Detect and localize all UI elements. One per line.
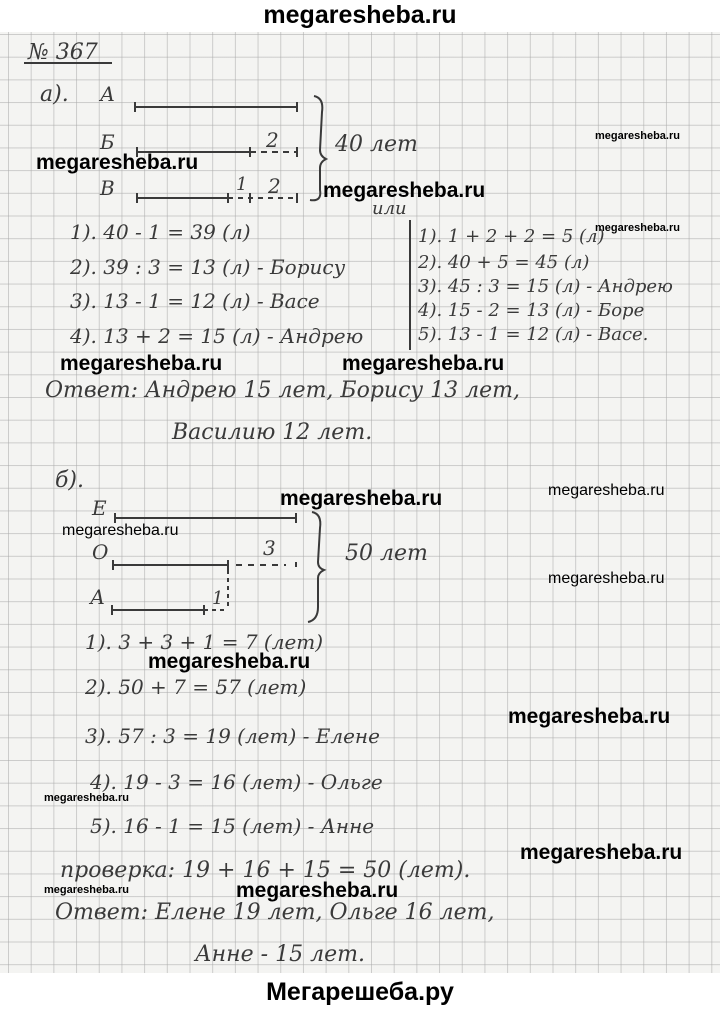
answer-a-line2: Василию 12 лет. [172, 420, 372, 445]
watermark: megaresheba.ru [280, 487, 442, 511]
watermark: megaresheba.ru [323, 179, 485, 203]
method1-step: 3). 13 - 1 = 12 (л) - Васе [70, 289, 320, 313]
part-b-label: б). [55, 468, 84, 493]
part-b-step: 2). 50 + 7 = 57 (лет) [85, 675, 306, 699]
diagram-b-row-label: О [92, 540, 108, 564]
watermark: megaresheba.ru [44, 792, 129, 804]
watermark: megaresheba.ru [520, 841, 682, 865]
watermark: megaresheba.ru [62, 522, 179, 540]
diagram-b-dash-label: 3 [263, 536, 276, 560]
answer-a-line1: Ответ: Андрею 15 лет, Борису 13 лет, [45, 378, 520, 403]
watermark: megaresheba.ru [148, 650, 310, 674]
method2-step: 1). 1 + 2 + 2 = 5 (л) [418, 226, 605, 247]
diagram-b-dash-label: 1 [212, 588, 223, 609]
method-divider [409, 220, 411, 350]
diagram-b-row-label: А [90, 585, 105, 609]
watermark: megaresheba.ru [60, 352, 222, 376]
part-b-step: 5). 16 - 1 = 15 (лет) - Анне [90, 814, 374, 838]
answer-b-line1: Ответ: Елене 19 лет, Ольге 16 лет, [55, 900, 494, 925]
site-footer: Мегарешеба.ру [0, 973, 720, 1011]
site-header: megaresheba.ru [0, 0, 720, 32]
notebook-page: № 367 а). А Б В 2 1 2 40 лет или [0, 32, 720, 973]
method2-step: 4). 15 - 2 = 13 (л) - Боре [418, 300, 644, 321]
watermark: megaresheba.ru [548, 570, 665, 588]
method1-step: 2). 39 : 3 = 13 (л) - Борису [70, 255, 345, 279]
method2-step: 2). 40 + 5 = 45 (л) [418, 252, 589, 273]
watermark: megaresheba.ru [342, 352, 504, 376]
watermark: megaresheba.ru [508, 705, 670, 729]
watermark: megaresheba.ru [595, 130, 680, 142]
method2-step: 5). 13 - 1 = 12 (л) - Васе. [418, 324, 648, 345]
watermark: megaresheba.ru [36, 151, 198, 175]
watermark: megaresheba.ru [595, 222, 680, 234]
watermark: megaresheba.ru [548, 482, 665, 500]
diagram-b-total: 50 лет [345, 541, 428, 566]
method1-step: 1). 40 - 1 = 39 (л) [70, 220, 251, 244]
part-b-step: 4). 19 - 3 = 16 (лет) - Ольге [90, 770, 383, 794]
answer-b-line2: Анне - 15 лет. [195, 942, 365, 967]
part-b-step: 3). 57 : 3 = 19 (лет) - Елене [85, 724, 380, 748]
watermark: megaresheba.ru [44, 884, 129, 896]
method1-step: 4). 13 + 2 = 15 (л) - Андрею [70, 324, 363, 348]
method2-step: 3). 45 : 3 = 15 (л) - Андрею [418, 276, 673, 297]
watermark: megaresheba.ru [236, 879, 398, 903]
diagram-b-row-label: Е [92, 496, 107, 520]
